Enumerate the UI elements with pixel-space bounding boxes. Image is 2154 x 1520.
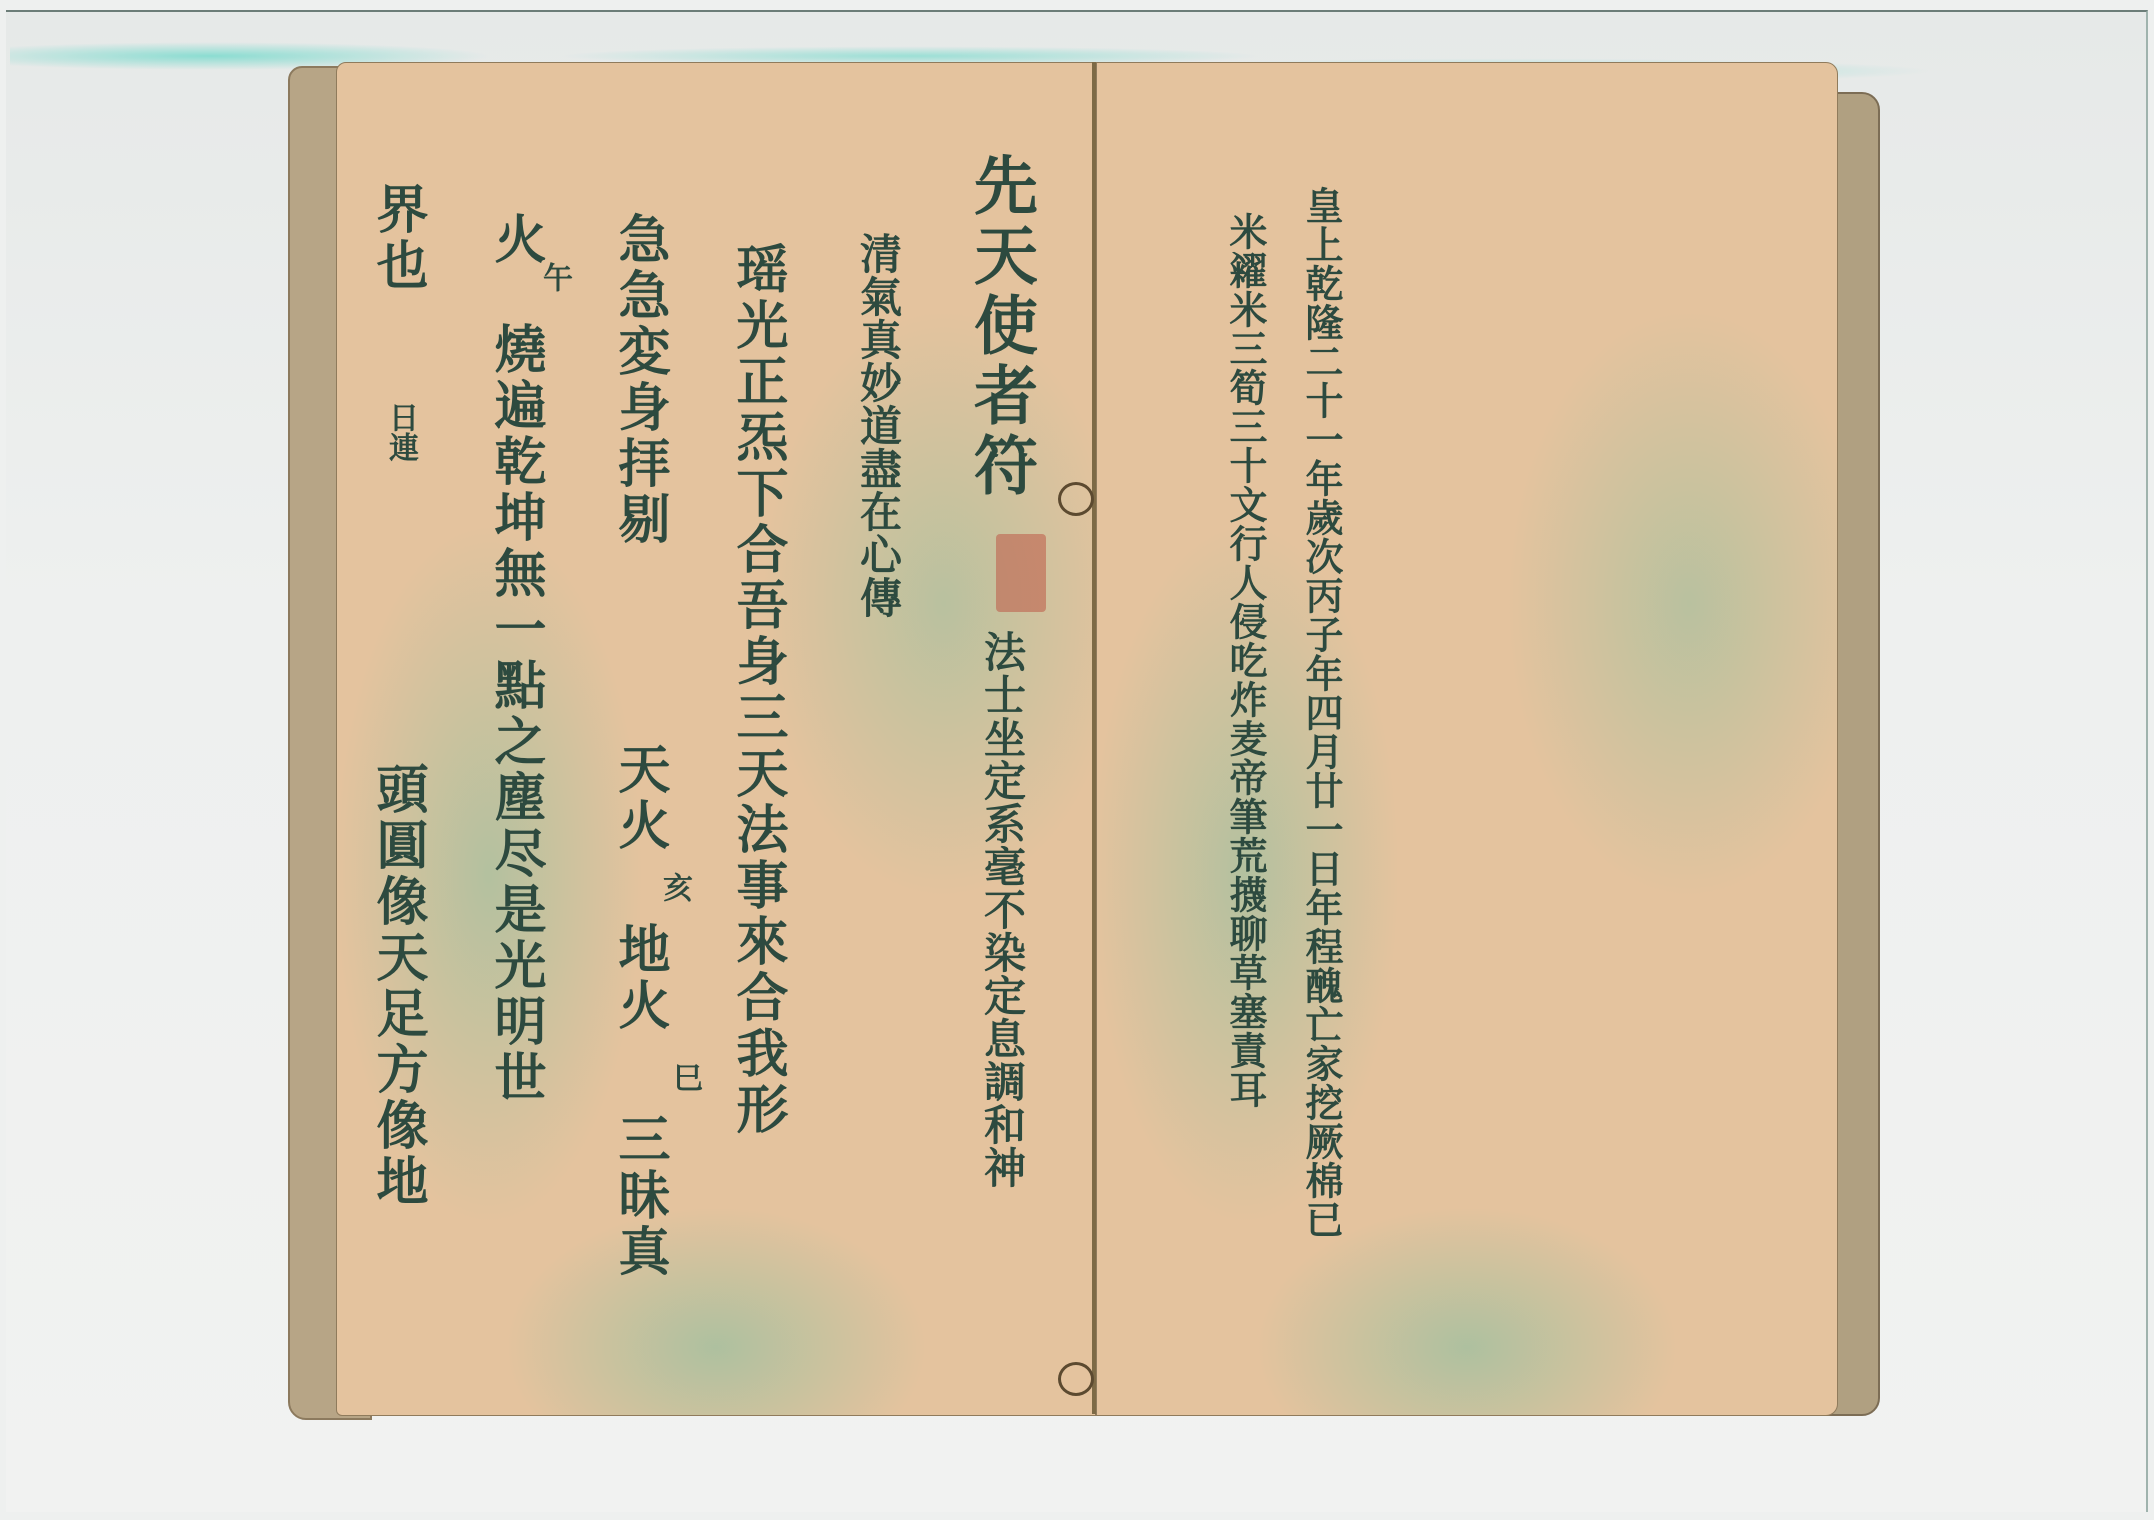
text-column: 清氣真妙道盡在心傳 (848, 232, 908, 619)
text-column: 頭圓像天足方像地 (360, 762, 435, 1210)
title-column: 先天使者符 (954, 152, 1046, 502)
open-book: 先天使者符 法士坐定系毫不染定息調和神 清氣真妙道盡在心傳 瑶光正炁下合吾身三天… (288, 62, 1880, 1428)
annotation: 巳 (662, 1062, 706, 1092)
text-column: 法士坐定系毫不染定息調和神 (972, 630, 1032, 1189)
right-page (1096, 62, 1838, 1416)
text-column: 𩑘 (352, 542, 427, 612)
colophon-column: 皇上乾隆二十一年歲次丙子年四月廿一日年程醜亡家挖厥棉已 (1294, 186, 1349, 1239)
annotation: 午 (532, 262, 576, 292)
annotation: 亥 (652, 872, 696, 902)
text-column: 火 (478, 212, 553, 268)
text-column: 燒遍乾坤無一點之塵尽是光明世 (478, 322, 553, 1106)
text-column: 瑶光正炁下合吾身三天法事來合我形 (720, 242, 795, 1138)
text-column: 急急変身拝剔 (602, 212, 677, 548)
binding-thread-icon (1058, 1362, 1094, 1396)
text-column: 界也 (360, 182, 435, 294)
text-column: 天火 (602, 742, 677, 854)
text-column: 地火 (602, 922, 677, 1034)
red-seal-icon (996, 534, 1046, 612)
text-column: 三昧真 (602, 1112, 677, 1280)
colophon-column: 米糴米三筍三十文行人侵吃炸麦帝筆荒㩢聊草塞責耳 (1218, 212, 1273, 1109)
binding-thread-icon (1058, 482, 1094, 516)
annotation: 日連 (378, 402, 422, 462)
